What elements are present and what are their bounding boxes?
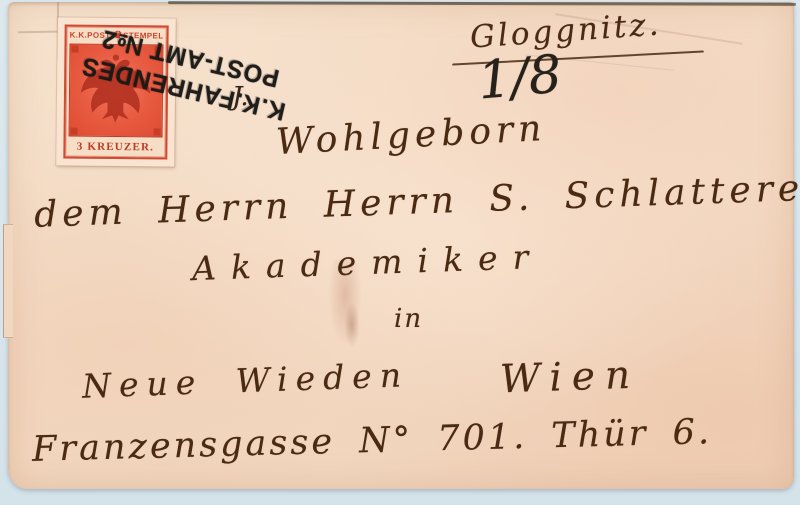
envelope-top-edge-shadow bbox=[168, 1, 796, 6]
stamp-denomination: 3 KREUZER. bbox=[65, 136, 165, 157]
stamp-corner-ornament bbox=[154, 128, 161, 135]
manuscript-paraph: J. bbox=[232, 84, 249, 110]
envelope-flap-edge bbox=[3, 224, 13, 338]
manuscript-preposition: in bbox=[394, 306, 423, 332]
stamp-corner-ornament bbox=[71, 128, 78, 135]
manuscript-date: 1/8 bbox=[476, 48, 564, 107]
manuscript-city: Wien bbox=[499, 356, 640, 400]
ink-smudge bbox=[344, 302, 360, 348]
